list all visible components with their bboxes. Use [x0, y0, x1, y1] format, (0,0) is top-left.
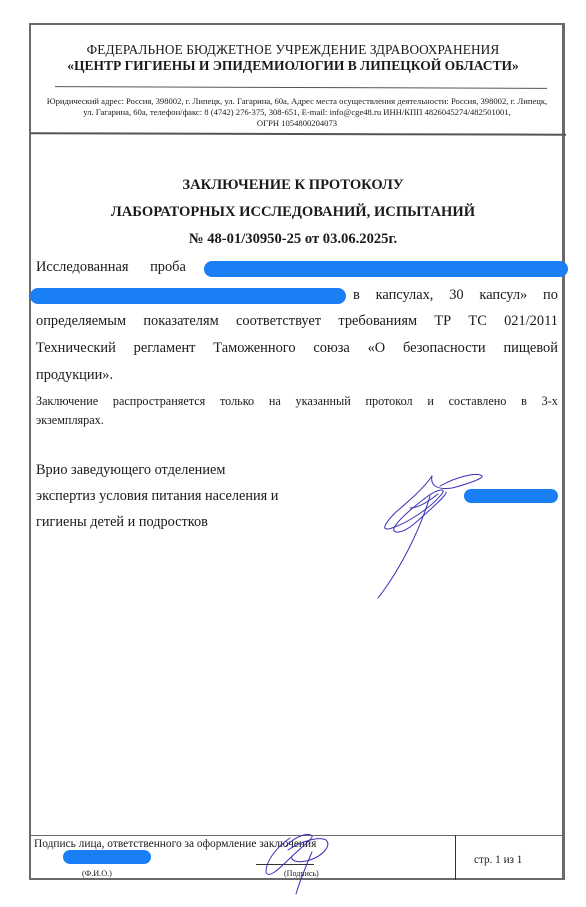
- page-number: стр. 1 из 1: [474, 854, 522, 866]
- footer-signature-handwritten-icon: [0, 0, 586, 907]
